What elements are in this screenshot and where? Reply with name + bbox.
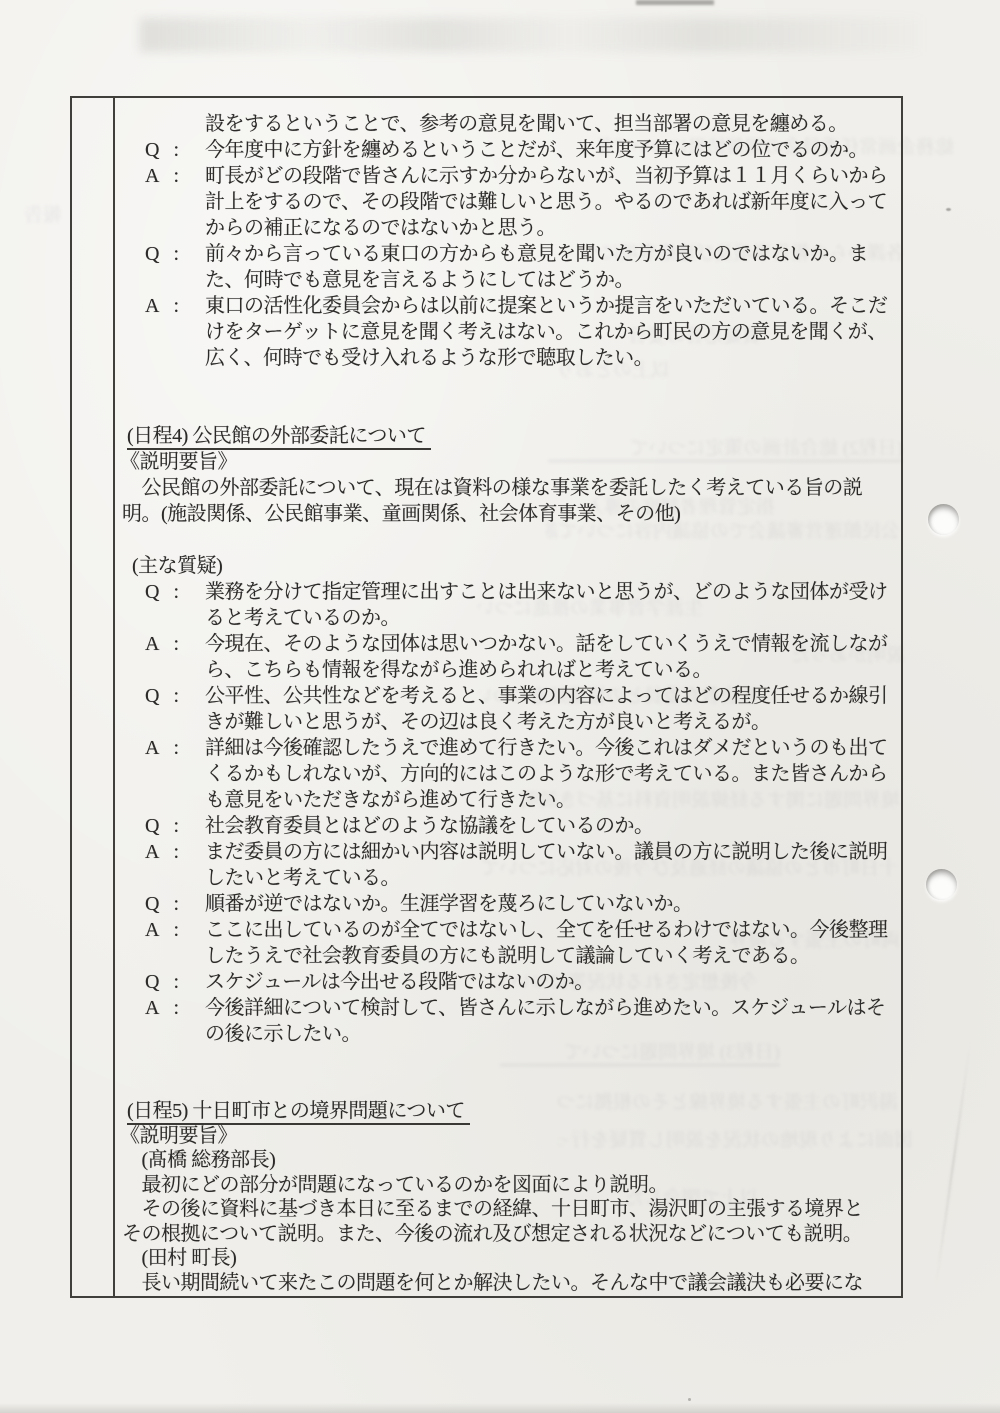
qa-text: スケジュールは今出せる段階ではないのか。 [205, 971, 594, 993]
qa-text: まだ委員の方には細かい内容は説明していない。議員の方に説明した後に説明 したいと… [205, 841, 888, 889]
agenda-heading-text: (日程5) 十日町市との境界問題について [127, 1100, 470, 1125]
paragraph: (田村 町長) [122, 1246, 897, 1271]
scan-smudge-top [140, 18, 920, 52]
question-label: Q: [145, 891, 193, 917]
question-label: Q: [145, 579, 193, 605]
qa-text: 今現在、そのような団体は思いつかない。話をしていくうえで情報を流しなが ら、こち… [205, 633, 888, 681]
agenda-heading: (日程5) 十日町市との境界問題について [127, 1099, 897, 1124]
document-table-frame: 設をするということで、参考の意見を聞いて、担当部署の意見を纏める。Q:今年度中に… [70, 96, 903, 1298]
qa-text: 町長がどの段階で皆さんに示すか分からないが、当初予算は１１月くらいから 計上をす… [205, 165, 888, 239]
answer-label: A: [145, 917, 193, 943]
qa-text: 前々から言っている東口の方からも意見を聞いた方が良いのではないか。ま た、何時で… [205, 243, 868, 291]
paragraph: その後に資料に基づき本日に至るまでの経緯、十日町市、湯沢町の主張する境界と その… [122, 1197, 897, 1246]
qa-answer: A:まだ委員の方には細かい内容は説明していない。議員の方に説明した後に説明 した… [145, 839, 897, 891]
section-subheading: 《説明要旨》 [120, 1124, 897, 1149]
question-label: Q: [145, 137, 193, 163]
question-label: Q: [145, 969, 193, 995]
qa-text: 順番が逆ではないか。生涯学習を蔑ろにしていないか。 [205, 893, 693, 915]
document-content: 設をするということで、参考の意見を聞いて、担当部署の意見を纏める。Q:今年度中に… [122, 111, 897, 1295]
bleedthrough-text: 報告 [2, 205, 62, 227]
agenda-heading-text: (日程4) 公民館の外部委託について [127, 425, 431, 450]
qa-question: Q:社会教育委員とはどのような協議をしているのか。 [145, 813, 897, 839]
paragraph: 長い期間続いて来たこの問題を何とか解決したい。そんな中で議会議決も必要にな [122, 1271, 897, 1296]
questions-label: (主な質疑) [132, 553, 897, 579]
paragraph: 公民館の外部委託について、現在は資料の様な事業を委託したく考えている旨の説 明。… [122, 475, 897, 527]
answer-label: A: [145, 735, 193, 761]
qa-question: Q:前々から言っている東口の方からも意見を聞いた方が良いのではないか。ま た、何… [145, 241, 897, 293]
qa-text: 詳細は今後確認したうえで進めて行きたい。今後これはダメだというのも出て くるかも… [205, 737, 888, 811]
blank-gap [122, 371, 897, 423]
qa-answer: A:町長がどの段階で皆さんに示すか分からないが、当初予算は１１月くらいから 計上… [145, 163, 897, 241]
qa-question: Q:今年度中に方針を纏めるということだが、来年度予算にはどの位でるのか。 [145, 137, 897, 163]
punch-hole-top [928, 504, 959, 535]
qa-text: 今後詳細について検討して、皆さんに示しながら進めたい。スケジュールはそ の後に示… [205, 997, 886, 1045]
qa-text: 東口の活性化委員会からは以前に提案というか提言をいただいている。そこだ けをター… [205, 295, 888, 369]
continuation-line: 設をするということで、参考の意見を聞いて、担当部署の意見を纏める。 [205, 111, 897, 137]
paragraph: 最初にどの部分が問題になっているのかを図面により説明。 [122, 1173, 897, 1198]
qa-text: 業務を分けて指定管理に出すことは出来ないと思うが、どのような団体が受け ると考え… [205, 581, 888, 629]
qa-answer: A:ここに出しているのが全てではないし、全てを任せるわけではない。今後整理 した… [145, 917, 897, 969]
question-label: Q: [145, 241, 193, 267]
answer-label: A: [145, 839, 193, 865]
qa-text: 今年度中に方針を纏めるということだが、来年度予算にはどの位でるのか。 [205, 139, 868, 161]
qa-question: Q:順番が逆ではないか。生涯学習を蔑ろにしていないか。 [145, 891, 897, 917]
scan-edge-mark [636, 0, 714, 5]
qa-text: 社会教育委員とはどのような協議をしているのか。 [205, 815, 654, 837]
blank-gap [122, 1047, 897, 1099]
blank-gap [122, 527, 897, 553]
table-column-divider [113, 98, 115, 1296]
section-subheading: 《説明要旨》 [120, 449, 897, 475]
qa-question: Q:スケジュールは今出せる段階ではないのか。 [145, 969, 897, 995]
question-label: Q: [145, 813, 193, 839]
qa-answer: A:東口の活性化委員会からは以前に提案というか提言をいただいている。そこだ けを… [145, 293, 897, 371]
answer-label: A: [145, 163, 193, 189]
scan-speck [946, 208, 951, 211]
scan-speck [688, 1398, 691, 1401]
qa-answer: A:今現在、そのような団体は思いつかない。話をしていくうえで情報を流しなが ら、… [145, 631, 897, 683]
agenda-heading: (日程4) 公民館の外部委託について [127, 423, 897, 449]
qa-answer: A:今後詳細について検討して、皆さんに示しながら進めたい。スケジュールはそ の後… [145, 995, 897, 1047]
paper-crease [935, 1041, 972, 1289]
answer-label: A: [145, 293, 193, 319]
paragraph: (髙橋 総務部長) [122, 1148, 897, 1173]
scanned-document-page: 総務企画常任委員会の開催結果について報告各課からの報告事項及び連絡事項について質… [0, 0, 1000, 1413]
qa-text: 公平性、公共性などを考えると、事業の内容によってはどの程度任せるか線引 きが難し… [205, 685, 888, 733]
question-label: Q: [145, 683, 193, 709]
qa-question: Q:公平性、公共性などを考えると、事業の内容によってはどの程度任せるか線引 きが… [145, 683, 897, 735]
paper-bottom-edge-shadow [0, 1403, 1000, 1413]
punch-hole-bottom [926, 869, 957, 900]
answer-label: A: [145, 631, 193, 657]
answer-label: A: [145, 995, 193, 1021]
qa-question: Q:業務を分けて指定管理に出すことは出来ないと思うが、どのような団体が受け ると… [145, 579, 897, 631]
qa-answer: A:詳細は今後確認したうえで進めて行きたい。今後これはダメだというのも出て くる… [145, 735, 897, 813]
qa-text: ここに出しているのが全てではないし、全てを任せるわけではない。今後整理 したうえ… [205, 919, 888, 967]
